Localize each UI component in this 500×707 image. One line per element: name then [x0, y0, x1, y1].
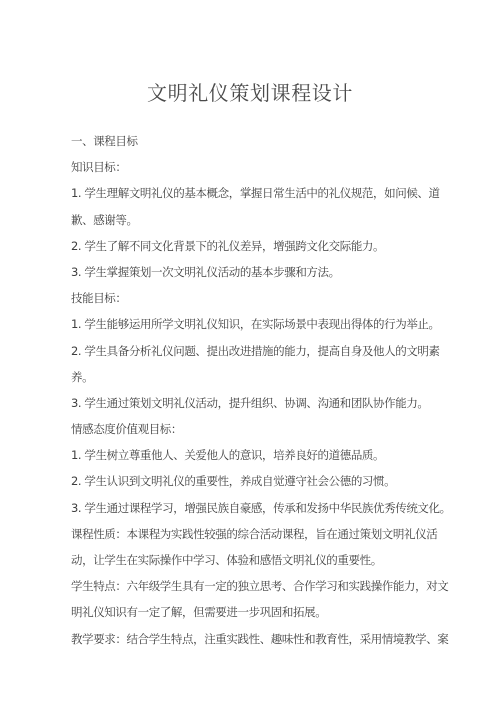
- text-line: 动，让学生在实际操作中学习、体验和感悟文明礼仪的重要性。: [71, 547, 433, 573]
- document-page: 文明礼仪策划课程设计 一、课程目标知识目标：1. 学生理解文明礼仪的基本概念，掌…: [0, 0, 500, 707]
- text-line: 3. 学生通过课程学习，增强民族自豪感，传承和发扬中华民族优秀传统文化。: [71, 495, 433, 521]
- text-line: 养。: [71, 364, 433, 390]
- text-line: 明礼仪知识有一定了解，但需要进一步巩固和拓展。: [71, 599, 433, 625]
- text-line: 1. 学生理解文明礼仪的基本概念，掌握日常生活中的礼仪规范，如问候、道: [71, 180, 433, 206]
- text-line: 情感态度价值观目标：: [71, 416, 433, 442]
- document-body: 一、课程目标知识目标：1. 学生理解文明礼仪的基本概念，掌握日常生活中的礼仪规范…: [71, 128, 433, 652]
- text-line: 教学要求：结合学生特点，注重实践性、趣味性和教育性，采用情境教学、案: [71, 626, 433, 652]
- text-line: 歉、感谢等。: [71, 207, 433, 233]
- text-line: 3. 学生通过策划文明礼仪活动，提升组织、协调、沟通和团队协作能力。: [71, 390, 433, 416]
- document-title: 文明礼仪策划课程设计: [0, 81, 500, 105]
- text-line: 一、课程目标: [71, 128, 433, 154]
- text-line: 2. 学生了解不同文化背景下的礼仪差异，增强跨文化交际能力。: [71, 233, 433, 259]
- text-line: 1. 学生树立尊重他人、关爱他人的意识，培养良好的道德品质。: [71, 442, 433, 468]
- text-line: 2. 学生认识到文明礼仪的重要性，养成自觉遵守社会公德的习惯。: [71, 468, 433, 494]
- text-line: 2. 学生具备分析礼仪问题、提出改进措施的能力，提高自身及他人的文明素: [71, 338, 433, 364]
- text-line: 学生特点：六年级学生具有一定的独立思考、合作学习和实践操作能力，对文: [71, 573, 433, 599]
- text-line: 技能目标：: [71, 285, 433, 311]
- text-line: 知识目标：: [71, 154, 433, 180]
- text-line: 课程性质：本课程为实践性较强的综合活动课程，旨在通过策划文明礼仪活: [71, 521, 433, 547]
- text-line: 3. 学生掌握策划一次文明礼仪活动的基本步骤和方法。: [71, 259, 433, 285]
- text-line: 1. 学生能够运用所学文明礼仪知识，在实际场景中表现出得体的行为举止。: [71, 311, 433, 337]
